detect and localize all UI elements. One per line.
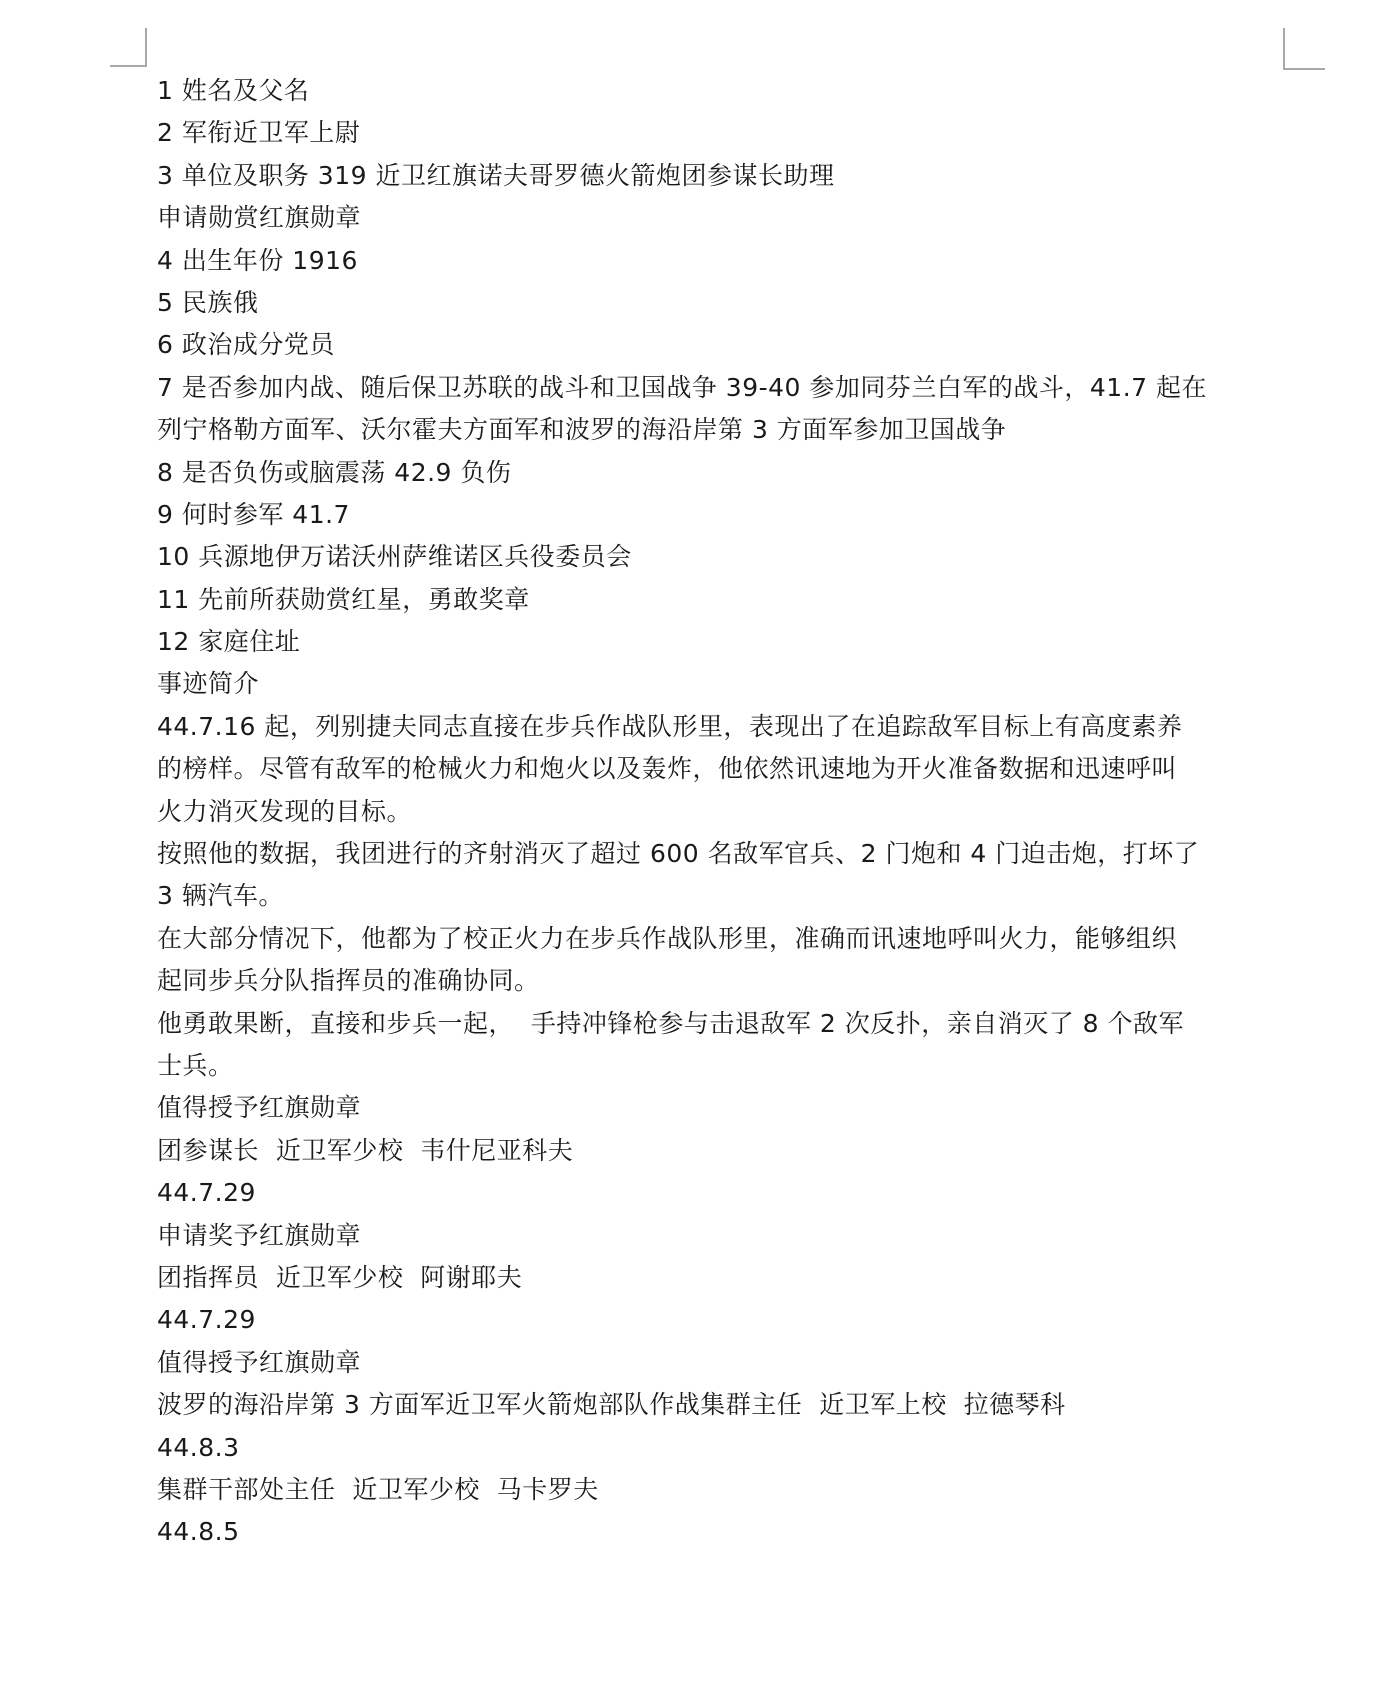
endorsement-conclusion: 申请奖予红旗勋章 [157,1215,1287,1257]
award-requested: 申请勋赏红旗勋章 [157,197,1287,239]
summary-section: 事迹简介 44.7.16 起，列别捷夫同志直接在步兵作战队形里，表现出了在追踪敌… [157,663,1287,1087]
endorsement-date: 44.8.3 [157,1427,1287,1469]
summary-line: 44.7.16 起，列别捷夫同志直接在步兵作战队形里，表现出了在追踪敌军目标上有… [157,706,1287,748]
summary-line: 按照他的数据，我团进行的齐射消灭了超过 600 名敌军官兵、2 门炮和 4 门迫… [157,833,1287,875]
field-wounds: 8 是否负伤或脑震荡 42.9 负伤 [157,452,1287,494]
endorsement-date: 44.8.5 [157,1511,1287,1553]
endorsement-regiment-commander: 申请奖予红旗勋章 团指挥员 近卫军少校 阿谢耶夫 44.7.29 [157,1215,1287,1342]
endorsement-signatory: 团参谋长 近卫军少校 韦什尼亚科夫 [157,1130,1287,1172]
endorsement-date: 44.7.29 [157,1299,1287,1341]
summary-line: 3 辆汽车。 [157,875,1287,917]
endorsement-signatory: 集群干部处主任 近卫军少校 马卡罗夫 [157,1469,1287,1511]
endorsement-conclusion: 值得授予红旗勋章 [157,1342,1287,1384]
endorsement-group-chief: 值得授予红旗勋章 波罗的海沿岸第 3 方面军近卫军火箭炮部队作战集群主任 近卫军… [157,1342,1287,1469]
endorsement-signatory: 波罗的海沿岸第 3 方面军近卫军火箭炮部队作战集群主任 近卫军上校 拉德琴科 [157,1384,1287,1426]
page-corner-mark-top-right [1283,28,1325,70]
endorsement-conclusion: 值得授予红旗勋章 [157,1087,1287,1129]
field-combat-history-line-1: 7 是否参加内战、随后保卫苏联的战斗和卫国战争 39-40 参加同芬兰白军的战斗… [157,367,1287,409]
field-previous-awards: 11 先前所获勋赏红星，勇敢奖章 [157,579,1287,621]
summary-line: 火力消灭发现的目标。 [157,791,1287,833]
field-enlistment-date: 9 何时参军 41.7 [157,494,1287,536]
endorsement-chief-of-staff: 值得授予红旗勋章 团参谋长 近卫军少校 韦什尼亚科夫 44.7.29 [157,1087,1287,1214]
page-corner-mark-top-left [110,28,147,67]
field-name: 1 姓名及父名 [157,70,1287,112]
endorsement-personnel-chief: 集群干部处主任 近卫军少校 马卡罗夫 44.8.5 [157,1469,1287,1554]
field-unit-position: 3 单位及职务 319 近卫红旗诺夫哥罗德火箭炮团参谋长助理 [157,155,1287,197]
summary-heading: 事迹简介 [157,663,1287,705]
endorsement-date: 44.7.29 [157,1172,1287,1214]
summary-line: 在大部分情况下，他都为了校正火力在步兵作战队形里，准确而讯速地呼叫火力，能够组织 [157,918,1287,960]
field-party-status: 6 政治成分党员 [157,324,1287,366]
field-home-address: 12 家庭住址 [157,621,1287,663]
field-draft-office: 10 兵源地伊万诺沃州萨维诺区兵役委员会 [157,536,1287,578]
form-fields-section: 1 姓名及父名 2 军衔近卫军上尉 3 单位及职务 319 近卫红旗诺夫哥罗德火… [157,70,1287,663]
summary-line: 他勇敢果断，直接和步兵一起， 手持冲锋枪参与击退敌军 2 次反扑，亲自消灭了 8… [157,1003,1287,1045]
document-page: 1 姓名及父名 2 军衔近卫军上尉 3 单位及职务 319 近卫红旗诺夫哥罗德火… [157,70,1287,1554]
field-nationality: 5 民族俄 [157,282,1287,324]
endorsement-signatory: 团指挥员 近卫军少校 阿谢耶夫 [157,1257,1287,1299]
summary-line: 的榜样。尽管有敌军的枪械火力和炮火以及轰炸，他依然讯速地为开火准备数据和迅速呼叫 [157,748,1287,790]
field-birth-year: 4 出生年份 1916 [157,240,1287,282]
endorsements-section: 值得授予红旗勋章 团参谋长 近卫军少校 韦什尼亚科夫 44.7.29 申请奖予红… [157,1087,1287,1553]
summary-line: 起同步兵分队指挥员的准确协同。 [157,960,1287,1002]
field-rank: 2 军衔近卫军上尉 [157,112,1287,154]
field-combat-history-line-2: 列宁格勒方面军、沃尔霍夫方面军和波罗的海沿岸第 3 方面军参加卫国战争 [157,409,1287,451]
summary-line: 士兵。 [157,1045,1287,1087]
